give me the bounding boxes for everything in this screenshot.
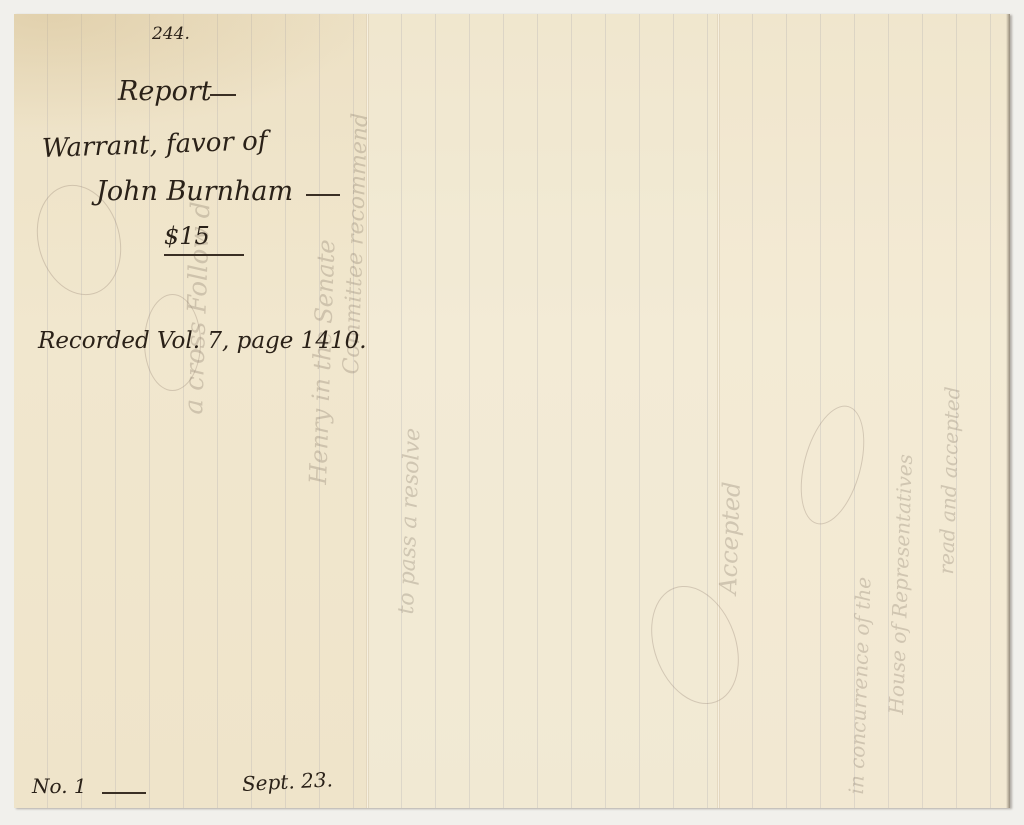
paper-stain: [14, 14, 374, 134]
item-number: No. 1: [32, 774, 87, 798]
docket-amount: $15: [164, 222, 210, 250]
item-dash: [102, 792, 146, 794]
recorded-note: Recorded Vol. 7, page 1410.: [38, 328, 367, 354]
docket-number: 244.: [152, 24, 190, 44]
amount-underline: [164, 254, 244, 256]
document-sheet: a cross Follow d Henry in the Senate Com…: [14, 14, 1010, 808]
middle-panel: [368, 14, 718, 808]
ghost-text: Accepted: [714, 481, 746, 595]
docket-title: Report: [118, 76, 212, 107]
flourish-dash: [306, 194, 340, 196]
docket-date: Sept. 23.: [241, 767, 333, 796]
flourish-dash: [210, 94, 236, 96]
docket-line-name: John Burnham: [96, 176, 293, 207]
